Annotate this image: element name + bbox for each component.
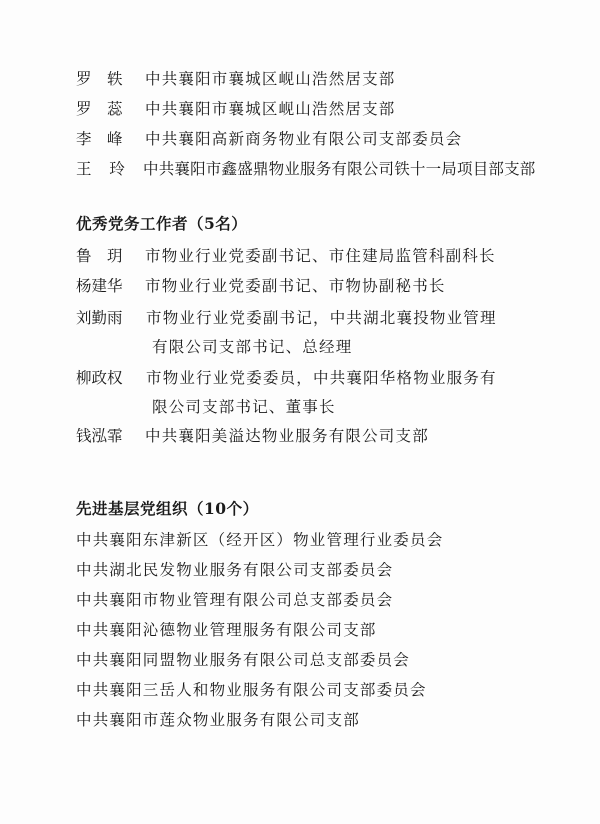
- person-org: 中共襄阳市鑫盛鼎物业服务有限公司铁十一局项目部支部: [143, 159, 536, 179]
- person-name: 王 玲: [76, 159, 126, 179]
- org-item: 中共襄阳市莲众物业服务有限公司支部: [76, 710, 360, 730]
- person-org: 中共襄阳高新商务物业有限公司支部委员会: [145, 129, 462, 149]
- person-title: 市物业行业党委副书记、市物协副秘书长: [145, 276, 446, 296]
- person-name: 柳政权: [76, 368, 123, 388]
- person-title-continued: 有限公司支部书记、总经理: [152, 337, 352, 357]
- org-item: 中共襄阳市物业管理有限公司总支部委员会: [76, 590, 393, 610]
- org-item: 中共襄阳沁德物业管理服务有限公司支部: [76, 620, 377, 640]
- person-title: 市物业行业党委副书记、市住建局监管科副科长: [145, 246, 496, 266]
- person-title: 市物业行业党委委员，中共襄阳华格物业服务有: [146, 368, 497, 388]
- person-title: 市物业行业党委副书记，中共湖北襄投物业管理: [146, 308, 497, 328]
- document-page: 罗 轶 中共襄阳市襄城区岘山浩然居支部 罗 蕊 中共襄阳市襄城区岘山浩然居支部 …: [0, 0, 600, 824]
- org-item: 中共襄阳东津新区（经开区）物业管理行业委员会: [76, 530, 443, 550]
- person-name: 杨建华: [76, 276, 123, 296]
- person-org: 中共襄阳美溢达物业服务有限公司支部: [145, 426, 429, 446]
- person-name: 罗 蕊: [76, 99, 123, 119]
- person-org: 中共襄阳市襄城区岘山浩然居支部: [145, 69, 396, 89]
- person-name: 李 峰: [76, 129, 123, 149]
- person-name: 刘勤雨: [76, 308, 123, 328]
- person-title-continued: 限公司支部书记、董事长: [152, 397, 336, 417]
- person-org: 中共襄阳市襄城区岘山浩然居支部: [145, 99, 396, 119]
- org-item: 中共襄阳三岳人和物业服务有限公司支部委员会: [76, 680, 427, 700]
- org-item: 中共襄阳同盟物业服务有限公司总支部委员会: [76, 650, 410, 670]
- person-name: 钱泓霏: [76, 426, 123, 446]
- org-item: 中共湖北民发物业服务有限公司支部委员会: [76, 560, 393, 580]
- person-name: 罗 轶: [76, 69, 123, 89]
- person-name: 鲁 玥: [76, 246, 123, 266]
- section-heading-workers: 优秀党务工作者（5名）: [76, 214, 247, 234]
- section-heading-orgs: 先进基层党组织（10个）: [76, 499, 259, 519]
